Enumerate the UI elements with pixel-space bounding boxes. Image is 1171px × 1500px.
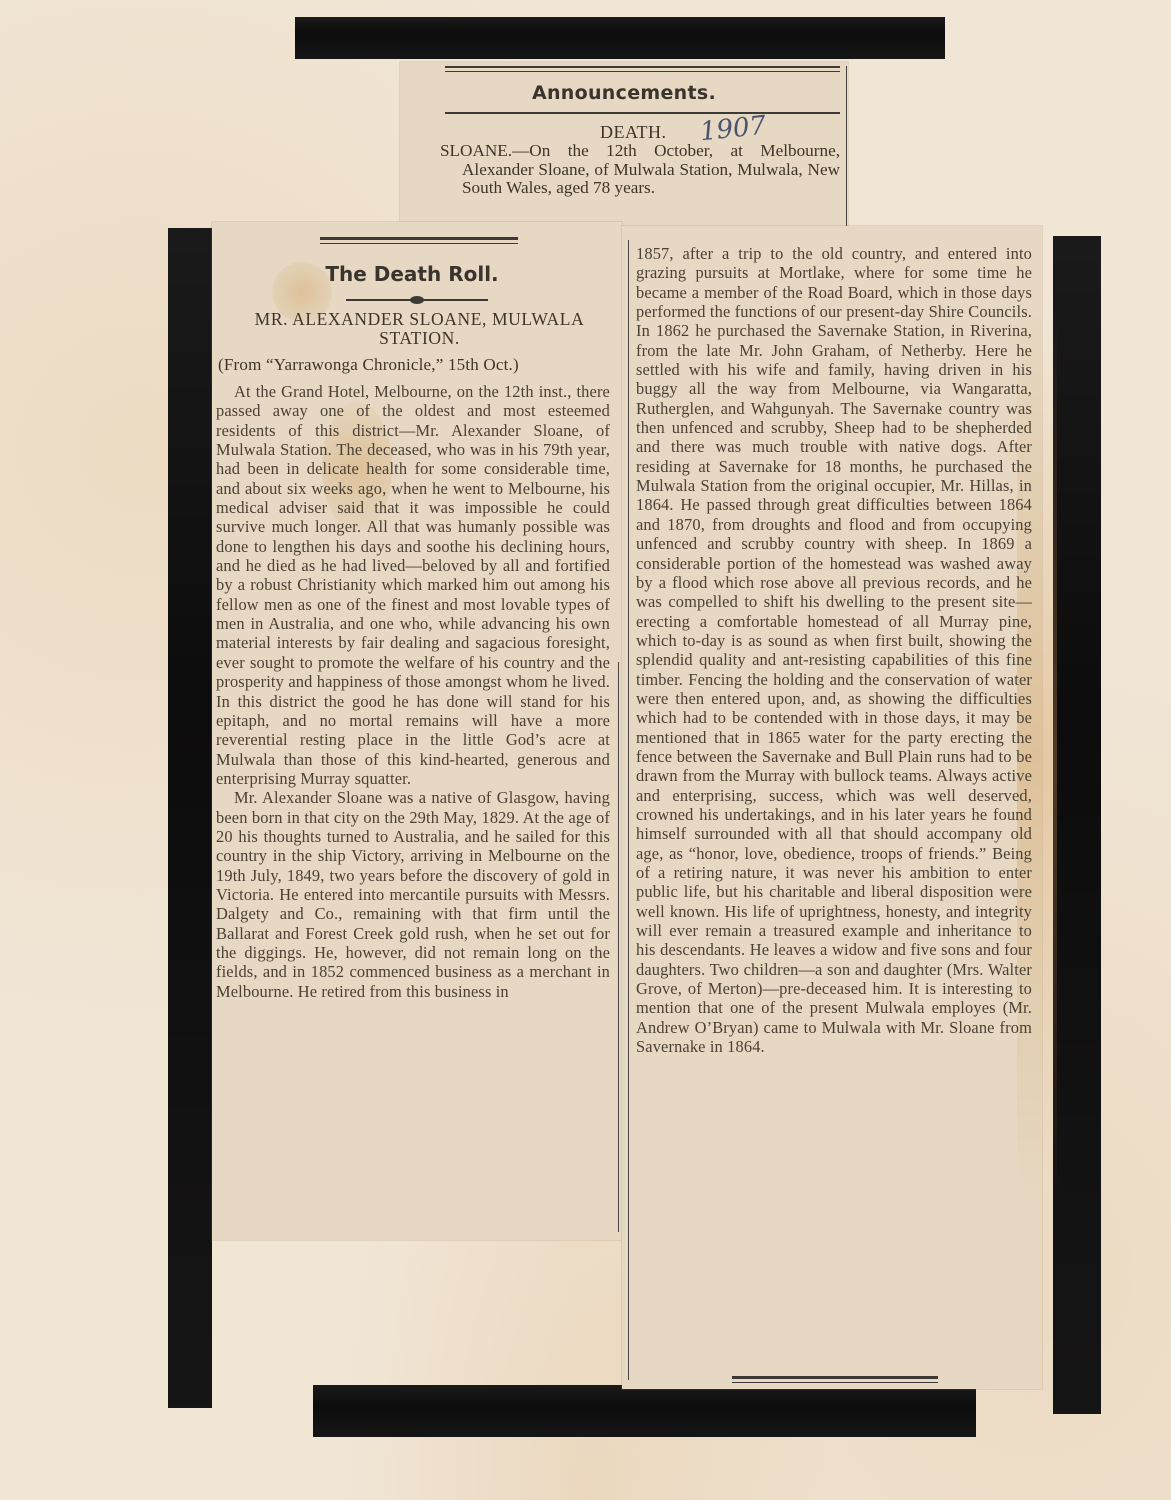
death-heading: DEATH. xyxy=(600,122,667,143)
column-divider xyxy=(628,240,629,1380)
top-double-rule-2 xyxy=(445,71,840,72)
right-column-text: 1857, after a trip to the old country, a… xyxy=(636,244,1032,1056)
header-double-rule xyxy=(320,237,518,240)
tape-right xyxy=(1053,236,1101,1414)
tape-left xyxy=(168,228,212,1408)
title-ornament-rule xyxy=(346,299,488,301)
end-double-rule-2 xyxy=(732,1382,938,1383)
article-right-clipping: 1857, after a trip to the old country, a… xyxy=(622,226,1042,1389)
tape-bottom xyxy=(313,1385,976,1437)
death-notice: SLOANE.—On the 12th October, at Melbourn… xyxy=(440,142,840,198)
end-double-rule xyxy=(732,1376,938,1379)
column-divider xyxy=(618,662,619,1232)
paragraph: Mr. Alexander Sloane was a native of Gla… xyxy=(216,788,610,1001)
article-left-clipping: The Death Roll. MR. ALEXANDER SLOANE, MU… xyxy=(212,222,622,1240)
death-notice-text: SLOANE.—On the 12th October, at Melbourn… xyxy=(440,142,840,198)
title-rule xyxy=(445,112,840,114)
article-source: (From “Yarrawonga Chronicle,” 15th Oct.) xyxy=(218,355,618,375)
paragraph: At the Grand Hotel, Melbourne, on the 12… xyxy=(216,382,610,788)
paragraph: 1857, after a trip to the old country, a… xyxy=(636,244,1032,1056)
section-title: Announcements. xyxy=(400,82,848,104)
top-double-rule xyxy=(445,66,840,68)
column-border xyxy=(846,66,847,230)
tape-top xyxy=(295,17,945,59)
announcement-clipping: Announcements. DEATH. 1907 SLOANE.—On th… xyxy=(400,62,848,230)
header-double-rule-2 xyxy=(320,243,518,244)
left-column-text: At the Grand Hotel, Melbourne, on the 12… xyxy=(216,382,610,1001)
article-subtitle: MR. ALEXANDER SLOANE, MULWALA STATION. xyxy=(222,310,617,348)
article-title: The Death Roll. xyxy=(212,262,612,286)
